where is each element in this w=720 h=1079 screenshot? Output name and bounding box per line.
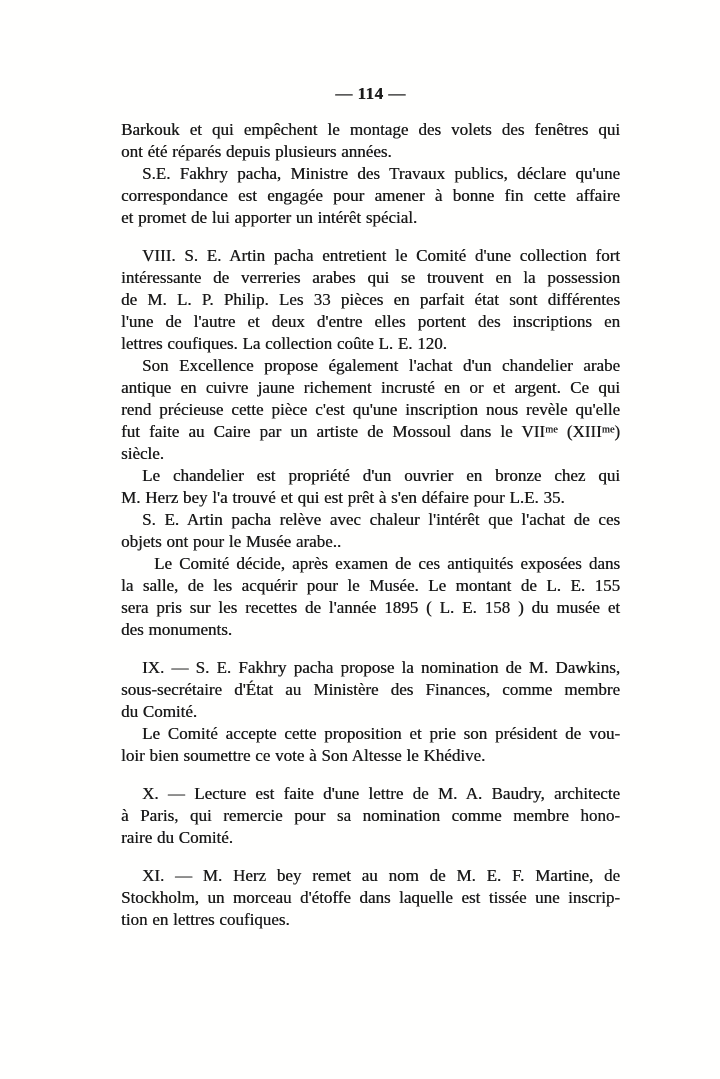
paragraph-item-viii-verreries: VIII. S. E. Artin pacha entretient le Co… (121, 245, 620, 355)
text-line: de M. L. P. Philip. Les 33 pièces en par… (121, 289, 620, 311)
paragraph-item-xi-martine: XI. — M. Herz bey remet au nom de M. E. … (121, 865, 620, 931)
text-line: XI. — M. Herz bey remet au nom de M. E. … (121, 865, 620, 887)
paragraph-chandelier-proposal: Son Excellence propose également l'achat… (121, 355, 620, 465)
paragraph-artin-interest: S. E. Artin pacha relève avec chaleur l'… (121, 509, 620, 553)
text-line: la salle, de les acquérir pour le Musée.… (121, 575, 620, 597)
text-line: antique en cuivre jaune richement incrus… (121, 377, 620, 399)
paragraph-item-ix-dawkins: IX. — S. E. Fakhry pacha propose la nomi… (121, 657, 620, 723)
paragraph-item-x-baudry: X. — Lecture est faite d'une lettre de M… (121, 783, 620, 849)
paragraph-comite-decision-achat: Le Comité décide, après examen de ces an… (121, 553, 620, 641)
text-line: Barkouk et qui empêchent le montage des … (121, 119, 620, 141)
scanned-book-page: — 114 — Barkouk et qui empêchent le mont… (0, 0, 720, 1079)
text-line: Le chandelier est propriété d'un ouvrier… (121, 465, 620, 487)
text-line: des monuments. (121, 619, 620, 641)
text-line: siècle. (121, 443, 620, 465)
text-line: tion en lettres coufiques. (121, 909, 620, 931)
text-line: S.E. Fakhry pacha, Ministre des Travaux … (121, 163, 620, 185)
text-line: lettres coufiques. La collection coûte L… (121, 333, 620, 355)
paragraph-fakhry-travaux-publics: S.E. Fakhry pacha, Ministre des Travaux … (121, 163, 620, 229)
text-line: Stockholm, un morceau d'étoffe dans laqu… (121, 887, 620, 909)
text-line: IX. — S. E. Fakhry pacha propose la nomi… (121, 657, 620, 679)
text-line: loir bien soumettre ce vote à Son Altess… (121, 745, 620, 767)
text-line: Le Comité décide, après examen de ces an… (121, 553, 620, 575)
text-line: X. — Lecture est faite d'une lettre de M… (121, 783, 620, 805)
text-line: sera pris sur les recettes de l'année 18… (121, 597, 620, 619)
text-line: raire du Comité. (121, 827, 620, 849)
text-line: objets ont pour le Musée arabe.. (121, 531, 620, 553)
text-line: M. Herz bey l'a trouvé et qui est prêt à… (121, 487, 620, 509)
paragraph-comite-accepte: Le Comité accepte cette proposition et p… (121, 723, 620, 767)
text-line: Son Excellence propose également l'achat… (121, 355, 620, 377)
paragraph-chandelier-owner: Le chandelier est propriété d'un ouvrier… (121, 465, 620, 509)
text-line: fut faite au Caire par un artiste de Mos… (121, 421, 620, 443)
text-line: Le Comité accepte cette proposition et p… (121, 723, 620, 745)
text-line: à Paris, qui remercie pour sa nomination… (121, 805, 620, 827)
text-line: ont été réparés depuis plusieurs années. (121, 141, 620, 163)
paragraph-continuation-barkouk: Barkouk et qui empêchent le montage des … (121, 119, 620, 163)
text-line: rend précieuse cette pièce c'est qu'une … (121, 399, 620, 421)
text-line: intéressante de verreries arabes qui se … (121, 267, 620, 289)
text-line: correspondance est engagée pour amener à… (121, 185, 620, 207)
text-block: Barkouk et qui empêchent le montage des … (121, 119, 620, 931)
text-line: VIII. S. E. Artin pacha entretient le Co… (121, 245, 620, 267)
text-line: S. E. Artin pacha relève avec chaleur l'… (121, 509, 620, 531)
text-line: et promet de lui apporter un intérêt spé… (121, 207, 620, 229)
text-line: l'une de l'autre et deux d'entre elles p… (121, 311, 620, 333)
text-line: du Comité. (121, 701, 620, 723)
page-number: — 114 — (121, 0, 620, 104)
text-line: sous-secrétaire d'État au Ministère des … (121, 679, 620, 701)
